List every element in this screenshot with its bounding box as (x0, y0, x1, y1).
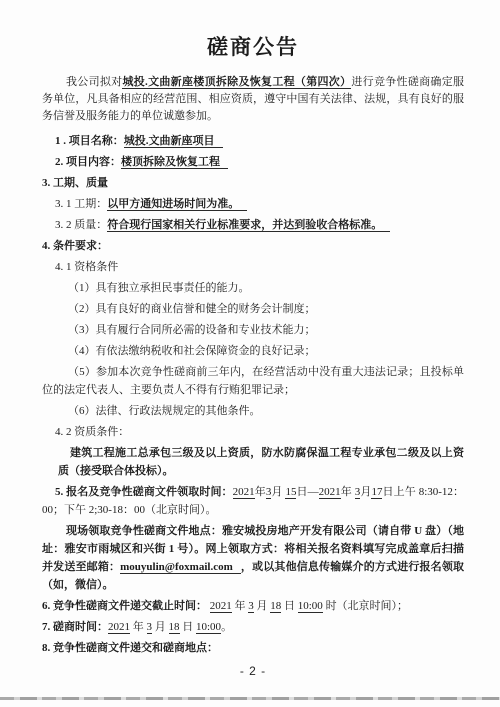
reg-year-1: 2021 (233, 486, 255, 499)
deadline-year: 2021 (210, 600, 232, 613)
intro-prefix: 我公司拟对 (66, 76, 122, 88)
reg-sep: 年 (341, 486, 355, 498)
reg-day-1: 15 (285, 486, 296, 499)
submission-deadline-row: 6. 竞争性磋商文件递交截止时间： 2021 年 3 月 18 日 10:00 … (42, 597, 464, 615)
schedule-row: 3. 1 工期：以甲方通知进场时间为准。 (42, 195, 464, 213)
project-name-row: 1 . 项目名称：城投.文曲新座项目 (42, 132, 464, 150)
quality-value: 符合现行国家相关行业标准要求，并达到验收合格标准。 (107, 219, 390, 232)
consult-sep: 月 (152, 621, 169, 633)
sub-4-1-heading: 4. 1 资格条件 (42, 258, 464, 276)
registration-time-row: 5. 报名及竞争性磋商文件领取时间：2021年3月 15日—2021年 3月17… (42, 483, 464, 519)
online-pickup-label: 网上领取方式： (206, 543, 285, 555)
project-content-value: 楼顶拆除及恢复工程 (121, 156, 228, 169)
quality-row: 3. 2 质量：符合现行国家相关行业标准要求，并达到验收合格标准。 (42, 216, 464, 234)
condition-6: （6）法律、行政法规规定的其他条件。 (42, 402, 464, 420)
document-pickup-paragraph: 现场领取竞争性磋商文件地点：雅安城投房地产开发有限公司（请自带 U 盘）（地址：… (42, 522, 464, 594)
deadline-tail: 时（北京时间）； (323, 600, 408, 612)
onsite-pickup-label: 现场领取竞争性磋商文件地点： (66, 525, 222, 537)
reg-sep: 年 (255, 486, 266, 498)
intro-paragraph: 我公司拟对城投.文曲新座楼顶拆除及恢复工程（第四次）进行竞争性磋商确定服务单位，… (42, 74, 464, 125)
page-number: - 2 - (42, 663, 464, 680)
consult-sep: 年 (130, 621, 147, 633)
sub-4-2-heading: 4. 2 资质条件： (42, 423, 464, 441)
project-name-highlight: 城投.文曲新座楼顶拆除及恢复工程（第四次） (122, 76, 351, 89)
deadline-day: 18 (270, 600, 281, 613)
schedule-value: 以甲方通知进场时间为准。 (107, 198, 247, 211)
condition-5: （5）参加本次竞争性磋商前三年内，在经营活动中没有重大违法记录；且投标单位的法定… (42, 363, 464, 399)
submission-deadline-label: 6. 竞争性磋商文件递交截止时间： (42, 600, 207, 612)
reg-sep: 日— (296, 486, 318, 498)
consultation-time-label: 7. 磋商时间： (42, 621, 108, 633)
document-body: 磋商公告 我公司拟对城投.文曲新座楼顶拆除及恢复工程（第四次）进行竞争性磋商确定… (0, 0, 500, 680)
deadline-sep: 年 (232, 600, 249, 612)
consult-tail: 。 (221, 621, 232, 633)
section-4-heading: 4. 条件要求： (42, 237, 464, 255)
reg-sep: 月 (360, 486, 371, 498)
condition-2: （2）具有良好的商业信誉和健全的财务会计制度； (42, 300, 464, 318)
project-content-label: 2. 项目内容： (55, 156, 121, 168)
consult-day: 18 (169, 621, 180, 634)
deadline-sep: 日 (281, 600, 298, 612)
reg-year-2: 2021 (319, 486, 341, 499)
registration-time-label: 5. 报名及竞争性磋商文件领取时间： (55, 486, 233, 498)
condition-3: （3）具有履行合同所必需的设备和专业技术能力； (42, 321, 464, 339)
project-name-value: 城投.文曲新座项目 (124, 135, 223, 148)
document-title: 磋商公告 (42, 34, 464, 60)
deadline-time: 10:00 (298, 600, 323, 613)
contact-email: mouyulin@foxmail.com (120, 561, 241, 574)
quality-label: 3. 2 质量： (55, 219, 107, 231)
consult-time: 10:00 (196, 621, 221, 634)
deadline-sep: 月 (254, 600, 271, 612)
consult-year: 2021 (108, 621, 130, 634)
condition-4: （4）有依法缴纳税收和社会保障资金的良好记录； (42, 342, 464, 360)
schedule-label: 3. 1 工期： (55, 198, 107, 210)
qualification-paragraph: 建筑工程施工总承包三级及以上资质，防水防腐保温工程专业承包二级及以上资质（接受联… (42, 444, 464, 480)
condition-1: （1）具有独立承担民事责任的能力。 (42, 279, 464, 297)
reg-day-2: 17 (371, 486, 382, 499)
section-3-heading: 3. 工期、质量 (42, 174, 464, 192)
consultation-time-row: 7. 磋商时间：2021 年 3 月 18 日 10:00。 (42, 618, 464, 636)
consult-sep: 日 (180, 621, 197, 633)
reg-sep: 月 (271, 486, 285, 498)
scanned-document-page: 磋商公告 我公司拟对城投.文曲新座楼顶拆除及恢复工程（第四次）进行竞争性磋商确定… (0, 0, 500, 707)
project-content-row: 2. 项目内容：楼顶拆除及恢复工程 (42, 153, 464, 171)
location-heading-row: 8. 竞争性磋商文件递交和磋商地点： (42, 639, 464, 657)
project-name-label: 1 . 项目名称： (55, 135, 124, 147)
scan-edge-line (0, 697, 500, 700)
